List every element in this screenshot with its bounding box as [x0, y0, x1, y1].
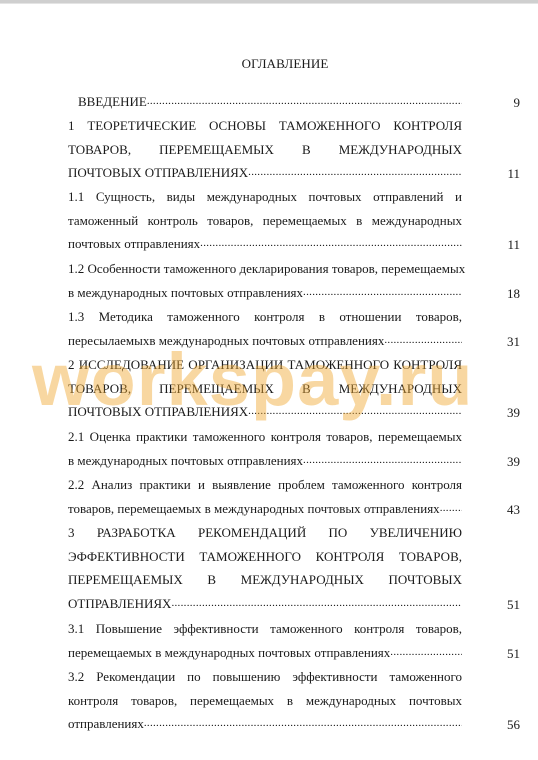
toc-entry-line: ОТПРАВЛЕНИЯХ............................…: [68, 592, 462, 616]
toc-page-number: 31: [480, 332, 520, 352]
toc-page-number: 18: [480, 284, 520, 304]
toc-entry-line: товаров, перемещаемых в международных по…: [68, 497, 462, 521]
toc-entry[interactable]: 1.2 Особенности таможенного декларирован…: [68, 257, 462, 304]
toc-entry-line: ЭФФЕКТИВНОСТИ ТАМОЖЕННОГО КОНТРОЛЯ ТОВАР…: [68, 545, 462, 569]
toc-entry-line: ТОВАРОВ, ПЕРЕМЕЩАЕМЫХ В МЕЖДУНАРОДНЫХ: [68, 377, 462, 401]
toc-entry-line: 2.1 Оценка практики таможенного контроля…: [68, 425, 462, 449]
toc-entry[interactable]: 3.1 Повышение эффективности таможенного …: [68, 617, 462, 664]
dot-leader: ........................................…: [200, 232, 462, 256]
toc-page-number: 43: [480, 500, 520, 520]
toc-entry-line: перемещаемых в международных почтовых от…: [68, 641, 462, 665]
toc-page-number: 39: [480, 452, 520, 472]
toc-entry-line: 2 ИССЛЕДОВАНИЕ ОРГАНИЗАЦИИ ТАМОЖЕННОГО К…: [68, 353, 462, 377]
toc-entry-line: таможенный контроль товаров, перемещаемы…: [68, 209, 462, 233]
toc-entry-text: отправлениях: [68, 712, 144, 736]
toc-entry-line: пересылаемыхв международных почтовых отп…: [68, 329, 462, 353]
toc-entry[interactable]: 1.3 Методика таможенного контроля в отно…: [68, 305, 462, 352]
toc-entry[interactable]: 3 РАЗРАБОТКА РЕКОМЕНДАЦИЙ ПО УВЕЛИЧЕНИЮЭ…: [68, 521, 462, 615]
toc-entry-text: почтовых отправлениях: [68, 232, 200, 256]
dot-leader: ........................................…: [248, 161, 462, 185]
toc-entry-line: 1.3 Методика таможенного контроля в отно…: [68, 305, 462, 329]
dot-leader: ........................................…: [440, 497, 462, 521]
toc-page-number: 51: [480, 595, 520, 615]
toc-entry-text: товаров, перемещаемых в международных по…: [68, 497, 440, 521]
toc-entry-line: 1.1 Сущность, виды международных почтовы…: [68, 185, 462, 209]
toc-entry-line: в международных почтовых отправлениях...…: [68, 449, 462, 473]
toc-entry[interactable]: 1.1 Сущность, виды международных почтовы…: [68, 185, 462, 256]
toc-page-number: 51: [480, 644, 520, 664]
toc-entry-line: 1.2 Особенности таможенного декларирован…: [68, 257, 462, 281]
dot-leader: ........................................…: [303, 281, 462, 305]
toc-entry[interactable]: 3.2 Рекомендации по повышению эффективно…: [68, 665, 462, 736]
toc-entry-line: отправлениях............................…: [68, 712, 462, 736]
toc-entry-text: в международных почтовых отправлениях: [68, 281, 303, 305]
toc-title: ОГЛАВЛЕНИЕ: [0, 56, 538, 72]
toc-entry-line: ВВЕДЕНИЕ................................…: [78, 90, 462, 114]
dot-leader: ........................................…: [390, 641, 462, 665]
dot-leader: ........................................…: [303, 449, 462, 473]
toc-page-number: 56: [480, 715, 520, 735]
toc-entry[interactable]: 2.1 Оценка практики таможенного контроля…: [68, 425, 462, 472]
toc-entry-line: 2.2 Анализ практики и выявление проблем …: [68, 473, 462, 497]
document-page: ОГЛАВЛЕНИЕ ВВЕДЕНИЕ.....................…: [0, 0, 538, 760]
toc-page-number: 11: [480, 164, 520, 184]
toc-entry[interactable]: 2.2 Анализ практики и выявление проблем …: [68, 473, 462, 520]
toc-entry-text: ВВЕДЕНИЕ: [78, 90, 147, 114]
toc-entry[interactable]: 2 ИССЛЕДОВАНИЕ ОРГАНИЗАЦИИ ТАМОЖЕННОГО К…: [68, 353, 462, 424]
toc-page-number: 9: [480, 93, 520, 113]
toc-entry-text: ПОЧТОВЫХ ОТПРАВЛЕНИЯХ: [68, 161, 248, 185]
toc-entry-line: контроля товаров, перемещаемых в междуна…: [68, 689, 462, 713]
toc-entry-line: почтовых отправлениях...................…: [68, 232, 462, 256]
toc-page-number: 39: [480, 403, 520, 423]
toc-entry[interactable]: 1 ТЕОРЕТИЧЕСКИЕ ОСНОВЫ ТАМОЖЕННОГО КОНТР…: [68, 114, 462, 185]
toc-entry-line: 1 ТЕОРЕТИЧЕСКИЕ ОСНОВЫ ТАМОЖЕННОГО КОНТР…: [68, 114, 462, 138]
dot-leader: ........................................…: [147, 90, 462, 114]
toc-entry-text: перемещаемых в международных почтовых от…: [68, 641, 390, 665]
toc-entry-text: в международных почтовых отправлениях: [68, 449, 303, 473]
toc-entry-text: ОТПРАВЛЕНИЯХ: [68, 592, 171, 616]
toc-entry-text: пересылаемыхв международных почтовых отп…: [68, 329, 384, 353]
toc-entry-line: ПОЧТОВЫХ ОТПРАВЛЕНИЯХ...................…: [68, 400, 462, 424]
dot-leader: ........................................…: [248, 400, 462, 424]
toc-entry-text: ПОЧТОВЫХ ОТПРАВЛЕНИЯХ: [68, 400, 248, 424]
dot-leader: ........................................…: [144, 712, 462, 736]
toc-entry[interactable]: ВВЕДЕНИЕ................................…: [78, 90, 462, 114]
toc-entry-line: 3.1 Повышение эффективности таможенного …: [68, 617, 462, 641]
toc-entry-line: ТОВАРОВ, ПЕРЕМЕЩАЕМЫХ В МЕЖДУНАРОДНЫХ: [68, 138, 462, 162]
toc-entry-line: ПЕРЕМЕЩАЕМЫХ В МЕЖДУНАРОДНЫХ ПОЧТОВЫХ: [68, 568, 462, 592]
toc-entry-line: в международных почтовых отправлениях...…: [68, 281, 462, 305]
toc-entry-line: ПОЧТОВЫХ ОТПРАВЛЕНИЯХ...................…: [68, 161, 462, 185]
dot-leader: ........................................…: [384, 329, 462, 353]
toc-entry-line: 3.2 Рекомендации по повышению эффективно…: [68, 665, 462, 689]
toc-page-number: 11: [480, 235, 520, 255]
toc-entry-line: 3 РАЗРАБОТКА РЕКОМЕНДАЦИЙ ПО УВЕЛИЧЕНИЮ: [68, 521, 462, 545]
dot-leader: ........................................…: [171, 592, 462, 616]
